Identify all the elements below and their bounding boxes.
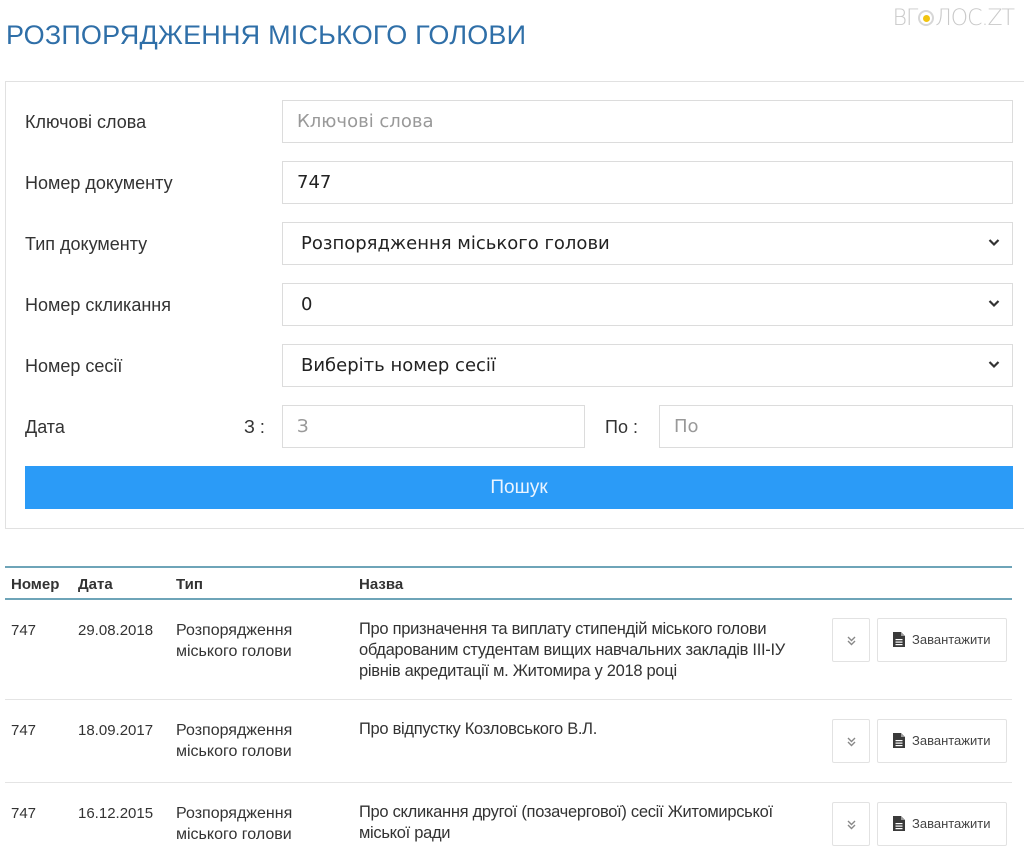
- row-type: Розпорядження міського голови: [176, 803, 346, 845]
- download-button[interactable]: Завантажити: [877, 719, 1007, 763]
- session-label: Номер сесії: [25, 356, 122, 377]
- keywords-label: Ключові слова: [25, 112, 146, 133]
- download-button[interactable]: Завантажити: [877, 802, 1007, 846]
- logo-text-left: ВГ: [893, 6, 918, 31]
- file-icon: [893, 632, 905, 647]
- doc-number-label: Номер документу: [25, 173, 173, 194]
- convocation-label: Номер скликання: [25, 295, 171, 316]
- site-logo[interactable]: ВГЛОС.ZT: [893, 6, 1014, 31]
- page-title: РОЗПОРЯДЖЕННЯ МІСЬКОГО ГОЛОВИ: [6, 20, 526, 51]
- row-type: Розпорядження міського голови: [176, 620, 346, 662]
- column-header-number: Номер: [11, 576, 59, 593]
- session-select[interactable]: Виберіть номер сесії: [282, 344, 1013, 387]
- session-row: Номер сесії Виберіть номер сесії: [25, 344, 1013, 387]
- expand-button[interactable]: [832, 719, 870, 763]
- expand-button[interactable]: [832, 618, 870, 662]
- doc-type-selected: Розпорядження міського голови: [301, 233, 610, 254]
- doc-number-row: Номер документу: [25, 161, 1013, 204]
- chevron-down-icon: [988, 284, 1000, 308]
- megaphone-icon: [918, 10, 934, 26]
- session-selected: Виберіть номер сесії: [301, 355, 496, 376]
- date-from-input[interactable]: [282, 405, 585, 448]
- chevron-down-icon: [988, 345, 1000, 369]
- double-chevron-down-icon: [847, 820, 856, 830]
- row-number: 747: [11, 620, 36, 641]
- keywords-row: Ключові слова: [25, 100, 1013, 143]
- double-chevron-down-icon: [847, 737, 856, 747]
- row-number: 747: [11, 720, 36, 741]
- convocation-row: Номер скликання 0: [25, 283, 1013, 326]
- download-label: Завантажити: [912, 816, 990, 831]
- doc-type-select[interactable]: Розпорядження міського голови: [282, 222, 1013, 265]
- row-number: 747: [11, 803, 36, 824]
- chevron-down-icon: [988, 223, 1000, 247]
- date-to-label: По :: [605, 417, 638, 438]
- doc-type-label: Тип документу: [25, 234, 147, 255]
- download-label: Завантажити: [912, 733, 990, 748]
- column-header-date: Дата: [78, 576, 113, 593]
- date-to-input[interactable]: [659, 405, 1013, 448]
- column-header-type: Тип: [176, 576, 203, 593]
- row-date: 16.12.2015: [78, 803, 153, 824]
- table-row: 747 29.08.2018 Розпорядження міського го…: [5, 600, 1012, 700]
- table-row: 747 18.09.2017 Розпорядження міського го…: [5, 700, 1012, 783]
- convocation-select[interactable]: 0: [282, 283, 1013, 326]
- convocation-selected: 0: [301, 294, 312, 315]
- row-title: Про відпустку Козловського В.Л.: [359, 719, 821, 740]
- expand-button[interactable]: [832, 802, 870, 846]
- download-button[interactable]: Завантажити: [877, 618, 1007, 662]
- doc-number-input[interactable]: [282, 161, 1013, 204]
- logo-text-right: ЛОС.ZT: [935, 6, 1014, 31]
- keywords-input[interactable]: [282, 100, 1013, 143]
- row-date: 29.08.2018: [78, 620, 153, 641]
- row-title: Про скликання другої (позачергової) сесі…: [359, 802, 821, 844]
- download-label: Завантажити: [912, 632, 990, 647]
- file-icon: [893, 733, 905, 748]
- row-type: Розпорядження міського голови: [176, 720, 346, 762]
- date-from-label: З :: [244, 417, 265, 438]
- row-date: 18.09.2017: [78, 720, 153, 741]
- file-icon: [893, 816, 905, 831]
- column-header-title: Назва: [359, 576, 403, 593]
- table-header: Номер Дата Тип Назва: [5, 566, 1012, 600]
- date-label: Дата: [25, 417, 65, 438]
- date-row: Дата З : По :: [25, 405, 1013, 448]
- double-chevron-down-icon: [847, 636, 856, 646]
- row-title: Про призначення та виплату стипендій міс…: [359, 619, 821, 682]
- doc-type-row: Тип документу Розпорядження міського гол…: [25, 222, 1013, 265]
- table-row: 747 16.12.2015 Розпорядження міського го…: [5, 783, 1012, 866]
- results-table: Номер Дата Тип Назва 747 29.08.2018 Розп…: [5, 566, 1012, 866]
- search-form: Ключові слова Номер документу Тип докуме…: [5, 81, 1024, 529]
- search-button[interactable]: Пошук: [25, 466, 1013, 509]
